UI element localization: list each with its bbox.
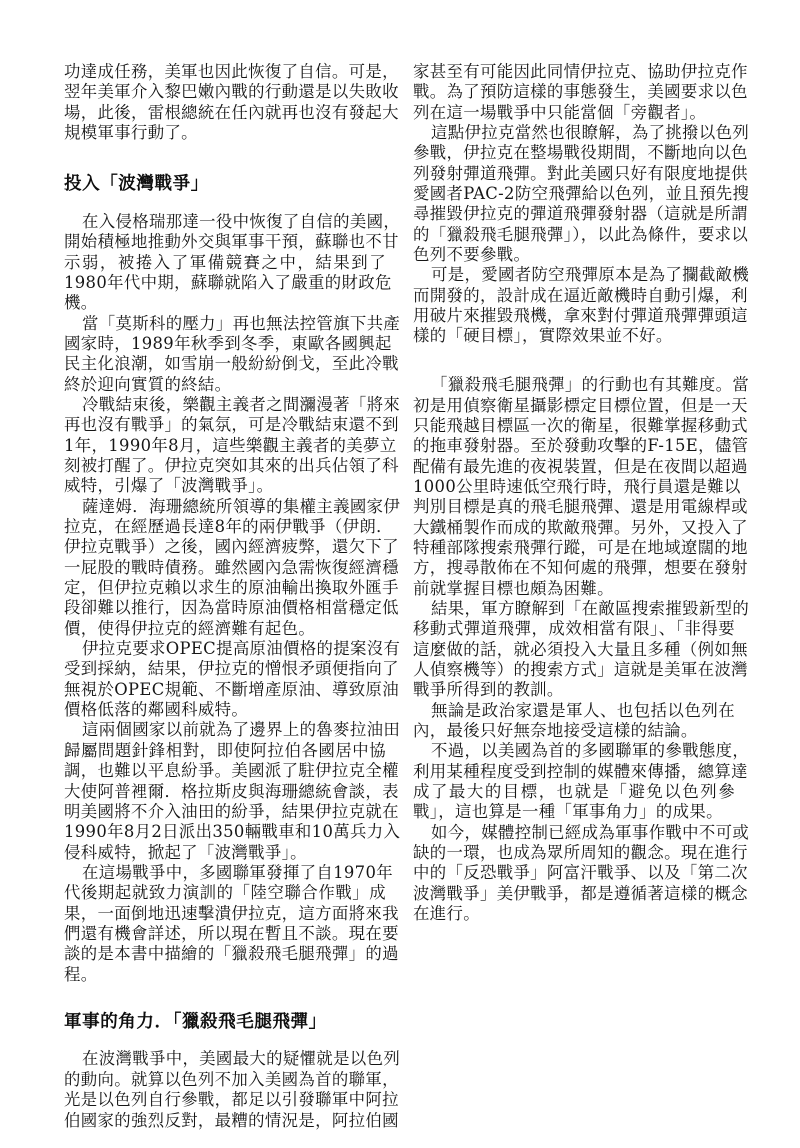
text-line: 波灣戰爭」美伊戰爭，都是遵循著這樣的概念 — [413, 884, 735, 904]
text-line: 只能飛越目標區一次的衛星，很難掌握移動式 — [413, 416, 735, 436]
text-line: 列在這一場戰爭中只能當個「旁觀者」。 — [413, 103, 735, 123]
section-heading-scud-hunt: 軍事的角力．「獵殺飛毛腿飛彈」 — [64, 1009, 386, 1035]
text-line: 配備有最先進的夜視裝置，但是在夜間以超過 — [413, 457, 735, 477]
paragraph-gap — [413, 367, 735, 375]
text-line: 的拖車發射器。至於發動攻擊的F-15E，儘管 — [413, 436, 735, 456]
text-line: 再也沒有戰爭」的氣氛，可是冷戰結束還不到 — [64, 415, 386, 435]
text-line: 機。 — [64, 293, 386, 313]
text-line: 調，也難以平息紛爭。美國派了駐伊拉克全權 — [64, 761, 386, 781]
text-line: 這麼做的話，就必須投入大量且多種（例如無 — [413, 640, 735, 660]
paragraph: 冷戰結束後，樂觀主義者之間瀰漫著「將來 再也沒有戰爭」的氣氛，可是冷戰結束還不到… — [64, 395, 386, 497]
text-line: 歸屬問題針鋒相對，即使阿拉伯各國居中協 — [64, 741, 386, 761]
continued-paragraph: 功達成任務，美軍也因此恢復了自信。可是， 翌年美軍介入黎巴嫩內戰的行動還是以失敗… — [64, 62, 386, 143]
text-line: 判別目標是真的飛毛腿飛彈、還是用電線桿或 — [413, 497, 735, 517]
text-line: 們還有機會詳述，所以現在暫且不談。現在要 — [64, 924, 386, 944]
text-line: 的動向。就算以色列不加入美國為首的聯軍， — [64, 1070, 386, 1090]
text-line: 拉克，在經歷過長達8年的兩伊戰爭（伊朗． — [64, 517, 386, 537]
text-line: 戰爭所得到的教訓。 — [413, 680, 735, 700]
text-line: 人偵察機等）的搜索方式」這就是美軍在波灣 — [413, 660, 735, 680]
text-line: 成了最大的目標，也就是「避免以色列參 — [413, 782, 735, 802]
book-page: 功達成任務，美軍也因此恢復了自信。可是， 翌年美軍介入黎巴嫩內戰的行動還是以失敗… — [0, 0, 800, 1148]
paragraph: 不過，以美國為首的多國聯軍的參戰態度， 利用某種程度受到控制的媒體來傳播，總算達… — [413, 741, 735, 822]
text-line: 伊拉克要求OPEC提高原油價格的提案沒有 — [64, 639, 386, 659]
text-line: 在入侵格瑞那達一役中恢復了自信的美國， — [64, 212, 386, 232]
text-line: 參戰，伊拉克在整場戰役期間，不斷地向以色 — [413, 143, 735, 163]
paragraph: 薩達姆．海珊總統所領導的集權主義國家伊 拉克，在經歷過長達8年的兩伊戰爭（伊朗．… — [64, 497, 386, 639]
text-line: 國家時，1989年秋季到冬季，東歐各國興起 — [64, 334, 386, 354]
text-line: 段卻難以推行，因為當時原油價格相當穩定低 — [64, 598, 386, 618]
text-line: 不過，以美國為首的多國聯軍的參戰態度， — [413, 741, 735, 761]
text-line: 這兩個國家以前就為了邊界上的魯麥拉油田 — [64, 720, 386, 740]
text-line: 前就掌握目標也頗為困難。 — [413, 579, 735, 599]
text-line: 無視於OPEC規範、不斷增產原油、導致原油 — [64, 680, 386, 700]
text-line: 中的「反恐戰爭」阿富汗戰爭、以及「第二次 — [413, 863, 735, 883]
left-column: 功達成任務，美軍也因此恢復了自信。可是， 翌年美軍介入黎巴嫩內戰的行動還是以失敗… — [64, 62, 386, 1131]
text-line: 用破片來摧毀飛機，拿來對付彈道飛彈彈頭這 — [413, 306, 735, 326]
text-line: 民主化浪潮，如雪崩一般紛紛倒戈，至此冷戰 — [64, 354, 386, 374]
text-line: 明美國將不介入油田的紛爭，結果伊拉克就在 — [64, 802, 386, 822]
text-line: 戰」，這也算是一種「軍事角力」的成果。 — [413, 802, 735, 822]
paragraph: 結果，軍方瞭解到「在敵區搜索摧毀新型的 移動式彈道飛彈，成效相當有限」、「非得要… — [413, 599, 735, 701]
paragraph-gap — [413, 347, 735, 367]
text-line: 如今，媒體控制已經成為軍事作戰中不可或 — [413, 823, 735, 843]
right-column: 家甚至有可能因此同情伊拉克、協助伊拉克作 戰。為了預防這樣的事態發生，美國要求以… — [413, 62, 735, 924]
text-line: 刻被打醒了。伊拉克突如其來的出兵佔領了科 — [64, 456, 386, 476]
text-line: 代後期起就致力演訓的「陸空聯合作戰」成 — [64, 883, 386, 903]
text-line: 這點伊拉克當然也很瞭解，為了挑撥以色列 — [413, 123, 735, 143]
text-line: 色列不要參戰。 — [413, 245, 735, 265]
text-line: 在波灣戰爭中，美國最大的疑懼就是以色列 — [64, 1049, 386, 1069]
text-line: 樣的「硬目標」，實際效果並不好。 — [413, 326, 735, 346]
text-line: 1980年代中期，蘇聯就陷入了嚴重的財政危 — [64, 273, 386, 293]
text-line: 光是以色列自行參戰，都足以引發聯軍中阿拉 — [64, 1090, 386, 1110]
text-line: 伯國家的強烈反對，最糟的情況是，阿拉伯國 — [64, 1111, 386, 1131]
paragraph: 在入侵格瑞那達一役中恢復了自信的美國， 開始積極地推動外交與軍事干預，蘇聯也不甘… — [64, 212, 386, 314]
text-line: 冷戰結束後，樂觀主義者之間瀰漫著「將來 — [64, 395, 386, 415]
text-line: 談的是本書中描繪的「獵殺飛毛腿飛彈」的過 — [64, 944, 386, 964]
text-line: 移動式彈道飛彈，成效相當有限」、「非得要 — [413, 619, 735, 639]
text-line: 伊拉克戰爭）之後，國內經濟疲弊，還欠下了 — [64, 537, 386, 557]
paragraph: 在波灣戰爭中，美國最大的疑懼就是以色列 的動向。就算以色列不加入美國為首的聯軍，… — [64, 1049, 386, 1130]
paragraph: 當「莫斯科的壓力」再也無法控管旗下共產 國家時，1989年秋季到冬季，東歐各國興… — [64, 314, 386, 395]
text-line: 方，搜尋散佈在不知何處的飛彈，想要在發射 — [413, 558, 735, 578]
text-line: 內，最後只好無奈地接受這樣的結論。 — [413, 721, 735, 741]
text-line: 1990年8月2日派出350輛戰車和10萬兵力入 — [64, 822, 386, 842]
paragraph: 這兩個國家以前就為了邊界上的魯麥拉油田 歸屬問題針鋒相對，即使阿拉伯各國居中協 … — [64, 720, 386, 862]
text-line: 1年，1990年8月，這些樂觀主義者的美夢立 — [64, 436, 386, 456]
paragraph: 在這場戰爭中，多國聯軍發揮了自1970年 代後期起就致力演訓的「陸空聯合作戰」成… — [64, 863, 386, 985]
text-line: 可是，愛國者防空飛彈原本是為了攔截敵機 — [413, 265, 735, 285]
text-line: 威特，引爆了「波灣戰爭」。 — [64, 476, 386, 496]
text-line: 家甚至有可能因此同情伊拉克、協助伊拉克作 — [413, 62, 735, 82]
paragraph: 無論是政治家還是軍人、也包括以色列在 內，最後只好無奈地接受這樣的結論。 — [413, 701, 735, 742]
text-line: 果，一面倒地迅速擊潰伊拉克，這方面將來我 — [64, 904, 386, 924]
text-line: 定，但伊拉克賴以求生的原油輸出換取外匯手 — [64, 578, 386, 598]
text-line: 特種部隊搜索飛彈行蹤，可是在地域遼闊的地 — [413, 538, 735, 558]
text-line: 結果，軍方瞭解到「在敵區搜索摧毀新型的 — [413, 599, 735, 619]
text-line: 程。 — [64, 965, 386, 985]
text-line: 列發射彈道飛彈。對此美國只好有限度地提供 — [413, 164, 735, 184]
paragraph: 這點伊拉克當然也很瞭解，為了挑撥以色列 參戰，伊拉克在整場戰役期間，不斷地向以色… — [413, 123, 735, 265]
paragraph: 伊拉克要求OPEC提高原油價格的提案沒有 受到採納，結果，伊拉克的憎恨矛頭便指向… — [64, 639, 386, 720]
text-line: 場，此後，雷根總統在任內就再也沒有發起大 — [64, 103, 386, 123]
paragraph: 可是，愛國者防空飛彈原本是為了攔截敵機 而開發的，設計成在逼近敵機時自動引爆，利… — [413, 265, 735, 346]
text-line: 缺的一環，也成為眾所周知的觀念。現在進行 — [413, 843, 735, 863]
text-line: 無論是政治家還是軍人、也包括以色列在 — [413, 701, 735, 721]
text-line: 一屁股的戰時債務。雖然國內急需恢復經濟穩 — [64, 558, 386, 578]
text-line: 價格低落的鄰國科威特。 — [64, 700, 386, 720]
paragraph: 如今，媒體控制已經成為軍事作戰中不可或 缺的一環，也成為眾所周知的觀念。現在進行… — [413, 823, 735, 925]
continued-paragraph: 家甚至有可能因此同情伊拉克、協助伊拉克作 戰。為了預防這樣的事態發生，美國要求以… — [413, 62, 735, 123]
text-line: 尋摧毀伊拉克的彈道飛彈發射器（這就是所謂 — [413, 204, 735, 224]
text-line: 而開發的，設計成在逼近敵機時自動引爆，利 — [413, 286, 735, 306]
text-line: 終於迎向實質的終結。 — [64, 375, 386, 395]
text-line: 翌年美軍介入黎巴嫩內戰的行動還是以失敗收 — [64, 82, 386, 102]
text-line: 的「獵殺飛毛腿飛彈」），以此為條件，要求以 — [413, 225, 735, 245]
text-line: 規模軍事行動了。 — [64, 123, 386, 143]
text-line: 薩達姆．海珊總統所領導的集權主義國家伊 — [64, 497, 386, 517]
text-line: 初是用偵察衛星攝影標定目標位置，但是一天 — [413, 396, 735, 416]
text-line: 價，使得伊拉克的經濟難有起色。 — [64, 619, 386, 639]
section-heading-gulf-war: 投入「波灣戰爭」 — [64, 171, 386, 197]
text-line: 利用某種程度受到控制的媒體來傳播，總算達 — [413, 762, 735, 782]
text-line: 在進行。 — [413, 904, 735, 924]
text-line: 功達成任務，美軍也因此恢復了自信。可是， — [64, 62, 386, 82]
text-line: 大使阿普裡爾．格拉斯皮與海珊總統會談，表 — [64, 782, 386, 802]
text-line: 愛國者PAC-2防空飛彈給以色列，並且預先搜 — [413, 184, 735, 204]
text-line: 當「莫斯科的壓力」再也無法控管旗下共產 — [64, 314, 386, 334]
text-line: 1000公里時速低空飛行時，飛行員還是難以 — [413, 477, 735, 497]
text-line: 侵科威特，掀起了「波灣戰爭」。 — [64, 843, 386, 863]
text-line: 受到採納，結果，伊拉克的憎恨矛頭便指向了 — [64, 659, 386, 679]
text-line: 戰。為了預防這樣的事態發生，美國要求以色 — [413, 82, 735, 102]
text-line: 「獵殺飛毛腿飛彈」的行動也有其難度。當 — [413, 375, 735, 395]
text-line: 示弱，被捲入了軍備競賽之中，結果到了 — [64, 253, 386, 273]
text-line: 大鐵桶製作而成的欺敵飛彈。另外，又投入了 — [413, 518, 735, 538]
paragraph: 「獵殺飛毛腿飛彈」的行動也有其難度。當 初是用偵察衛星攝影標定目標位置，但是一天… — [413, 375, 735, 599]
text-line: 開始積極地推動外交與軍事干預，蘇聯也不甘 — [64, 232, 386, 252]
text-line: 在這場戰爭中，多國聯軍發揮了自1970年 — [64, 863, 386, 883]
